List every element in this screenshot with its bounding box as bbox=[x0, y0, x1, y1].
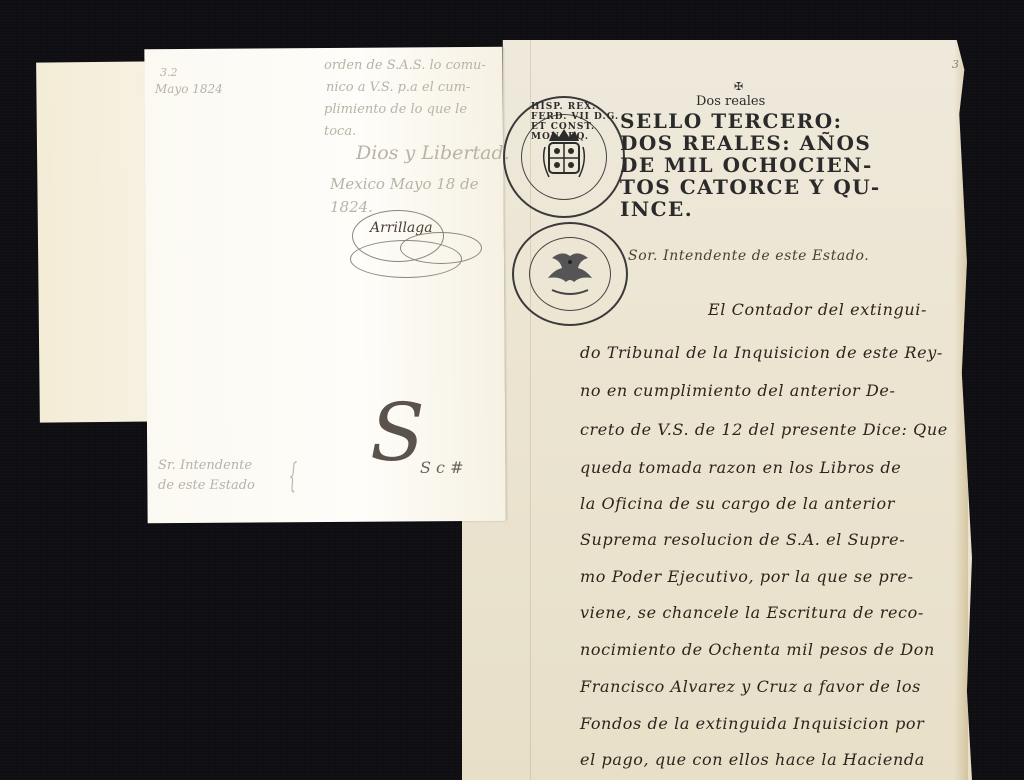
initials-mark: S c # bbox=[420, 458, 464, 477]
body-line: Francisco Alvarez y Cruz a favor de los bbox=[580, 677, 921, 696]
body-line: nocimiento de Ochenta mil pesos de Don bbox=[580, 640, 935, 659]
left-text-line: plimiento de lo que le bbox=[324, 102, 467, 117]
body-line: creto de V.S. de 12 del presente Dice: Q… bbox=[580, 420, 948, 439]
stamped-paper-header: SELLO TERCERO: DOS REALES: AÑOS DE MIL O… bbox=[620, 110, 910, 220]
folded-flap-back bbox=[36, 61, 160, 422]
body-line: Fondos de la extinguida Inquisicion por bbox=[580, 714, 924, 733]
addressee-line: Sr. Intendente bbox=[158, 458, 252, 473]
margin-note-number: 3.2 bbox=[160, 66, 178, 79]
date-line: Mexico Mayo 18 de bbox=[330, 175, 479, 193]
address-line: Sor. Intendente de este Estado. bbox=[628, 248, 869, 264]
body-line: el pago, que con ellos hace la Hacienda bbox=[580, 750, 925, 769]
body-line: la Oficina de su cargo de la anterior bbox=[580, 494, 895, 513]
stamp-line: SELLO TERCERO: bbox=[620, 110, 910, 132]
stamp-value: Dos reales bbox=[696, 94, 765, 109]
body-line: no en cumplimiento del anterior De- bbox=[580, 381, 896, 400]
left-text-line: nico a V.S. p.a el cum- bbox=[326, 80, 470, 95]
addressee-brace: { bbox=[288, 456, 297, 496]
left-text-line: toca. bbox=[324, 124, 356, 139]
stamp-line: DOS REALES: AÑOS bbox=[620, 132, 910, 154]
body-line: mo Poder Ejecutivo, por la que se pre- bbox=[580, 567, 914, 586]
date-year: 1824. bbox=[330, 198, 373, 216]
republic-seal bbox=[512, 222, 628, 326]
body-line: viene, se chancele la Escritura de reco- bbox=[580, 603, 924, 622]
initials-flourish: S bbox=[370, 386, 425, 479]
stamp-line: DE MIL OCHOCIEN- bbox=[620, 154, 910, 176]
eagle-icon bbox=[540, 248, 600, 300]
page-number: 3 bbox=[952, 58, 959, 71]
body-line: do Tribunal de la Inquisicion de este Re… bbox=[580, 343, 943, 362]
left-text-line: orden de S.A.S. lo comu- bbox=[324, 58, 486, 73]
body-line: El Contador del extingui- bbox=[708, 300, 927, 319]
republic-seal-inner-ring bbox=[529, 237, 611, 311]
folded-flap-sheet bbox=[144, 47, 505, 523]
closing-formula: Dios y Libertad. bbox=[356, 142, 510, 164]
royal-seal-ring-text: HISP. REX. FERD. VII D.G. ET CONST. MONA… bbox=[531, 102, 623, 142]
stamp-line: INCE. bbox=[620, 198, 910, 220]
royal-seal: HISP. REX. FERD. VII D.G. ET CONST. MONA… bbox=[503, 96, 625, 218]
body-line: queda tomada razon en los Libros de bbox=[580, 458, 901, 477]
stamp-line: TOS CATORCE Y QU- bbox=[620, 176, 910, 198]
signature-flourish bbox=[400, 232, 482, 264]
ornament-cross-icon: ✠ bbox=[734, 80, 743, 93]
body-line: Suprema resolucion de S.A. el Supre- bbox=[580, 530, 905, 549]
addressee-line: de este Estado bbox=[158, 478, 255, 493]
margin-note-date: Mayo 1824 bbox=[155, 82, 223, 96]
